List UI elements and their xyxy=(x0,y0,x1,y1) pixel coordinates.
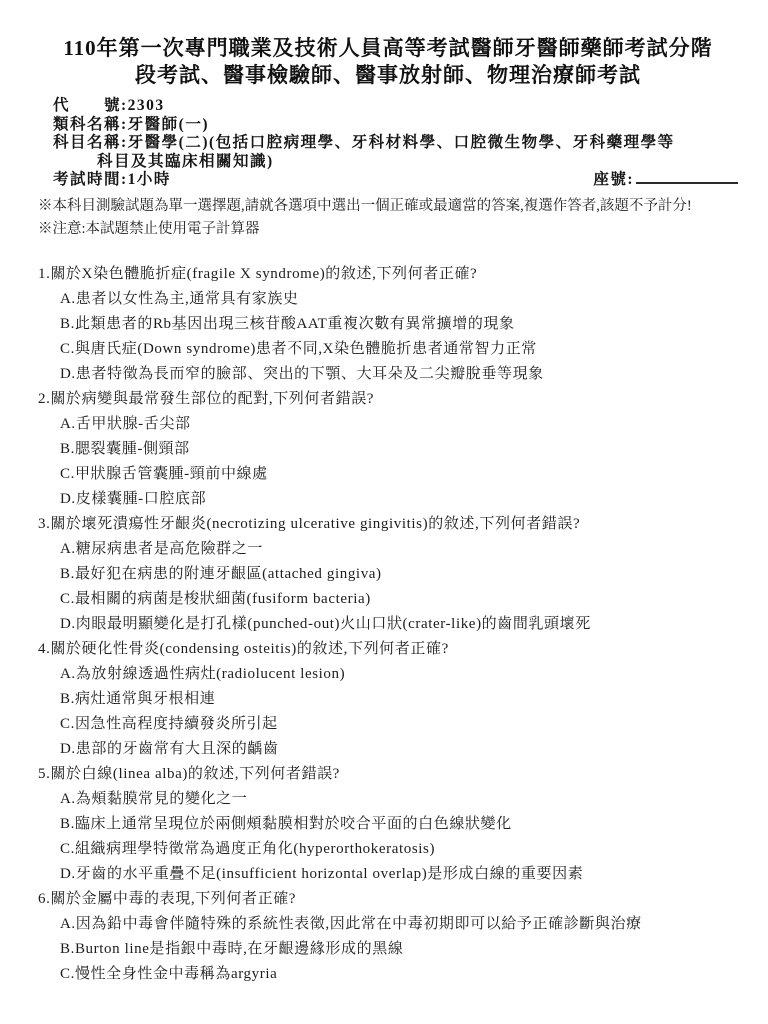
question-6-text: 6.關於金屬中毒的表現,下列何者正確? xyxy=(38,887,738,912)
question-1-text: 1.關於X染色體脆折症(fragile X syndrome)的敘述,下列何者正… xyxy=(38,262,738,287)
option-5-B: B.臨床上通常呈現位於兩側頰黏膜相對於咬合平面的白色線狀變化 xyxy=(38,812,738,837)
option-5-D: D.牙齒的水平重疊不足(insufficient horizontal over… xyxy=(38,862,738,887)
exam-time: 考試時間:1小時 xyxy=(53,171,171,190)
exam-code-label: 代 號: xyxy=(53,97,128,116)
questions: 1.關於X染色體脆折症(fragile X syndrome)的敘述,下列何者正… xyxy=(38,262,738,987)
question-2-text: 2.關於病變與最常發生部位的配對,下列何者錯誤? xyxy=(38,387,738,412)
option-6-B: B.Burton line是指銀中毒時,在牙齦邊緣形成的黑線 xyxy=(38,937,738,962)
exam-title: 110年第一次專門職業及技術人員高等考試醫師牙醫師藥師考試分階 段考試、醫事檢驗… xyxy=(38,35,738,89)
option-2-B: B.腮裂囊腫-側頸部 xyxy=(38,437,738,462)
option-3-D: D.肉眼最明顯變化是打孔樣(punched-out)火山口狀(crater-li… xyxy=(38,612,738,637)
exam-category-label: 類科名稱: xyxy=(53,116,128,135)
option-4-C: C.因急性高程度持續發炎所引起 xyxy=(38,712,738,737)
option-6-A: A.因為鉛中毒會伴隨特殊的系統性表徵,因此常在中毒初期即可以給予正確診斷與治療 xyxy=(38,912,738,937)
seat-number-label: 座號: xyxy=(593,171,634,190)
option-2-C: C.甲狀腺舌管囊腫-頸前中線處 xyxy=(38,462,738,487)
exam-subject-value-line2: 科目及其臨床相關知識) xyxy=(97,153,274,172)
exam-header-info: 代 號:2303 類科名稱:牙醫師(一) 科目名稱:牙醫學(二)(包括口腔病理學… xyxy=(38,97,738,190)
option-3-C: C.最相關的病菌是梭狀細菌(fusiform bacteria) xyxy=(38,587,738,612)
seat-number-group: 座號: xyxy=(593,171,738,190)
option-4-B: B.病灶通常與牙根相連 xyxy=(38,687,738,712)
exam-title-line1: 110年第一次專門職業及技術人員高等考試醫師牙醫師藥師考試分階 xyxy=(38,35,738,62)
seat-number-blank-line xyxy=(636,171,738,184)
note-no-calculator: ※注意:本試題禁止使用電子計算器 xyxy=(38,218,738,241)
exam-subject-value-line1: 牙醫學(二)(包括口腔病理學、牙科材料學、口腔微生物學、牙科藥理學等 xyxy=(128,134,675,153)
option-5-A: A.為頰黏膜常見的變化之一 xyxy=(38,787,738,812)
option-5-C: C.組織病理學特徵常為過度正角化(hyperorthokeratosis) xyxy=(38,837,738,862)
exam-code-value: 2303 xyxy=(128,97,165,116)
note-single-choice: ※本科目測驗試題為單一選擇題,請就各選項中選出一個正確或最適當的答案,複選作答者… xyxy=(38,195,738,218)
exam-subject-row: 科目名稱:牙醫學(二)(包括口腔病理學、牙科材料學、口腔微生物學、牙科藥理學等 xyxy=(53,134,738,153)
exam-paper-page: 110年第一次專門職業及技術人員高等考試醫師牙醫師藥師考試分階 段考試、醫事檢驗… xyxy=(0,0,768,1024)
option-3-A: A.糖尿病患者是高危險群之一 xyxy=(38,537,738,562)
option-4-D: D.患部的牙齒常有大且深的齲齒 xyxy=(38,737,738,762)
exam-subject-label: 科目名稱: xyxy=(53,134,128,153)
question-1: 1.關於X染色體脆折症(fragile X syndrome)的敘述,下列何者正… xyxy=(38,262,738,387)
option-1-D: D.患者特徵為長而窄的臉部、突出的下顎、大耳朵及二尖瓣脫垂等現象 xyxy=(38,362,738,387)
option-1-C: C.與唐氏症(Down syndrome)患者不同,X染色體脆折患者通常智力正常 xyxy=(38,337,738,362)
option-4-A: A.為放射線透過性病灶(radiolucent lesion) xyxy=(38,662,738,687)
exam-time-label: 考試時間: xyxy=(53,171,128,188)
option-2-D: D.皮樣囊腫-口腔底部 xyxy=(38,487,738,512)
option-2-A: A.舌甲狀腺-舌尖部 xyxy=(38,412,738,437)
option-1-B: B.此類患者的Rb基因出現三核苷酸AAT重複次數有異常擴增的現象 xyxy=(38,312,738,337)
question-3-text: 3.關於壞死潰瘍性牙齦炎(necrotizing ulcerative ging… xyxy=(38,512,738,537)
exam-category-row: 類科名稱:牙醫師(一) xyxy=(53,116,738,135)
question-2: 2.關於病變與最常發生部位的配對,下列何者錯誤?A.舌甲狀腺-舌尖部B.腮裂囊腫… xyxy=(38,387,738,512)
exam-title-line2: 段考試、醫事檢驗師、醫事放射師、物理治療師考試 xyxy=(38,62,738,89)
question-5: 5.關於白線(linea alba)的敘述,下列何者錯誤?A.為頰黏膜常見的變化… xyxy=(38,762,738,887)
exam-subject-wrap-row: 科目及其臨床相關知識) xyxy=(53,153,738,172)
question-4-text: 4.關於硬化性骨炎(condensing osteitis)的敘述,下列何者正確… xyxy=(38,637,738,662)
exam-category-value: 牙醫師(一) xyxy=(128,116,209,135)
option-3-B: B.最好犯在病患的附連牙齦區(attached gingiva) xyxy=(38,562,738,587)
option-6-C: C.慢性全身性金中毒稱為argyria xyxy=(38,962,738,987)
question-5-text: 5.關於白線(linea alba)的敘述,下列何者錯誤? xyxy=(38,762,738,787)
exam-notes: ※本科目測驗試題為單一選擇題,請就各選項中選出一個正確或最適當的答案,複選作答者… xyxy=(38,195,738,241)
question-3: 3.關於壞死潰瘍性牙齦炎(necrotizing ulcerative ging… xyxy=(38,512,738,637)
question-6: 6.關於金屬中毒的表現,下列何者正確?A.因為鉛中毒會伴隨特殊的系統性表徵,因此… xyxy=(38,887,738,987)
option-1-A: A.患者以女性為主,通常具有家族史 xyxy=(38,287,738,312)
question-4: 4.關於硬化性骨炎(condensing osteitis)的敘述,下列何者正確… xyxy=(38,637,738,762)
exam-time-value: 1小時 xyxy=(128,171,171,188)
exam-time-row: 考試時間:1小時 座號: xyxy=(53,171,738,190)
exam-code-row: 代 號:2303 xyxy=(53,97,738,116)
